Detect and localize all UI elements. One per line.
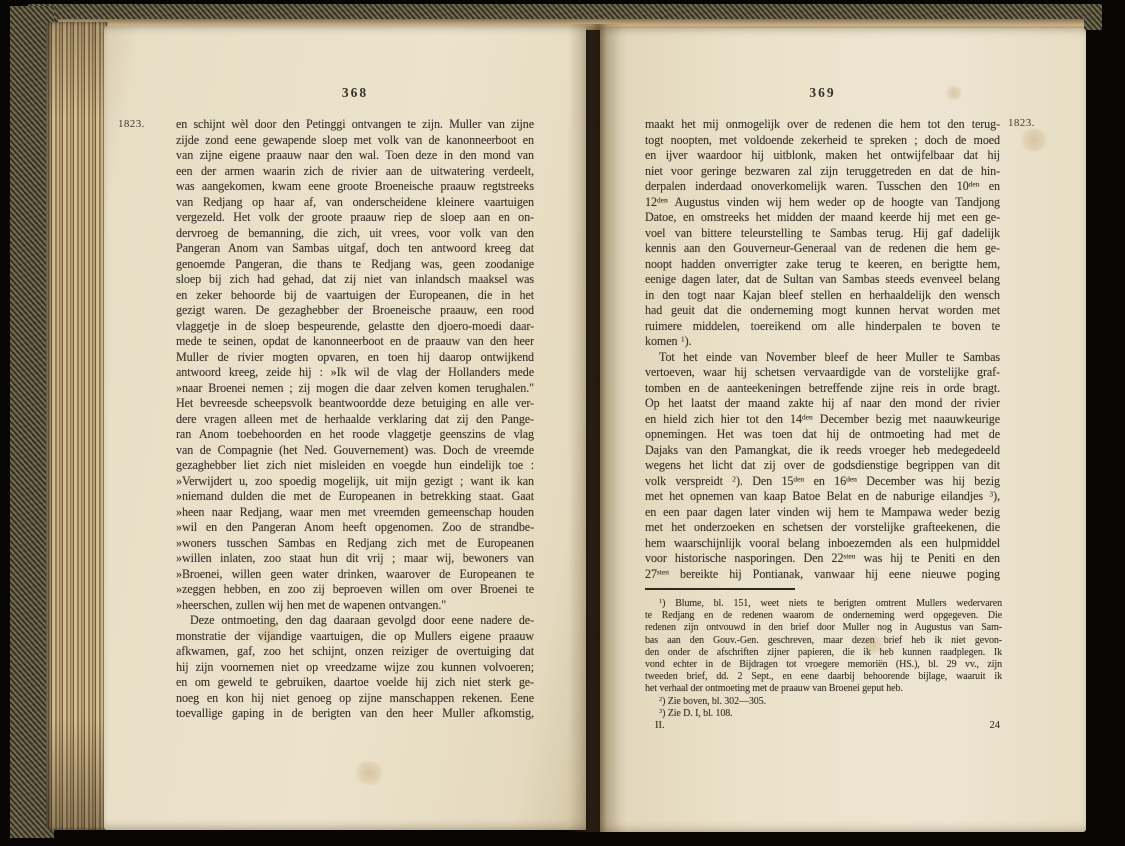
text-line: wegens het licht dat zij over de godsdie…	[645, 458, 1000, 474]
text-line: had geuit dat die onderneming mogt kunne…	[645, 303, 1000, 319]
text-line: Datoe, en omstreeks het midden der maand…	[645, 210, 1000, 226]
text-line: antwoord kreeg, zeide hij : »Ik wil de v…	[176, 365, 534, 381]
text-line: in den togt naar Kajan bleef stellen en …	[645, 288, 1000, 304]
text-line: en zeker behoorde bij de vaartuigen der …	[176, 288, 534, 304]
foxing-spot	[354, 761, 384, 785]
text-line: voor historische nasporingen. Den 22sten…	[645, 551, 1000, 567]
footnote-line: te Redjang en de redenen waarom de onder…	[645, 610, 1002, 622]
text-line: was aangekomen, kwam eene groote Broenei…	[176, 179, 534, 195]
text-line: ran Anom toebehoorden en het roode vlagg…	[176, 427, 534, 443]
text-line: eenige dagen later, dat de Sultan van Sa…	[645, 272, 1000, 288]
text-line: en een paar dagen later vinden wij hem t…	[645, 505, 1000, 521]
footnote-line: vond echter in de Bijdragen tot vroegere…	[645, 659, 1002, 671]
margin-year-right: 1823.	[1008, 117, 1035, 129]
text-line: komen 1).	[645, 334, 1000, 350]
text-line: kennis aan den Gouverneur-Generaal van d…	[645, 241, 1000, 257]
text-line: sloep bij zich had gehad, dat zij niet v…	[176, 272, 534, 288]
text-line: Tot het einde van November bleef de heer…	[645, 350, 1000, 366]
text-line: afkwamen, gaf, zoo het schijnt, onzen re…	[176, 644, 534, 660]
text-line: Pangeran Anom van Sambas uitgaf, doch te…	[176, 241, 534, 257]
margin-year-left: 1823.	[118, 118, 145, 130]
text-line: »woners tusschen Sambas en Redjang zich …	[176, 536, 534, 552]
text-line: van de Compagnie (het Ned. Gouvernement)…	[176, 443, 534, 459]
text-line: »Verwijdert u, zoo spoedig mogelijk, uit…	[176, 474, 534, 490]
text-line: vlaggetje in de sloep bespeurende, gelas…	[176, 319, 534, 335]
text-line: met het onderzoeken en schetsen der vors…	[645, 520, 1000, 536]
text-line: »heen naar Redjang, waar men met vreemde…	[176, 505, 534, 521]
text-line: van Redjang op haar af, van onderscheide…	[176, 195, 534, 211]
text-line: hem waarschijnlijk vooral belang inboeze…	[645, 536, 1000, 552]
text-line: en hield zich hier tot den 14den Decembe…	[645, 412, 1000, 428]
foxing-spot	[1020, 128, 1048, 152]
text-line: Deze ontmoeting, den dag daaraan gevolgd…	[176, 613, 534, 629]
text-line: en schijnt wèl door den Petinggi ontvang…	[176, 117, 534, 133]
footnote-line: tweeden brief, dd. 2 Sept., en eene daar…	[645, 671, 1002, 683]
text-line: 27sten bereikte hij Pontianak, vanwaar h…	[645, 567, 1000, 583]
footnotes-right: 1) Blume, bl. 151, weet niets te berigte…	[645, 598, 1002, 720]
text-line: zijde zond eene gewapende sloep met volk…	[176, 133, 534, 149]
text-line: opnemingen. Het was toen dat hij de ontm…	[645, 427, 1000, 443]
text-line: ruimere middelen, toereikend om alle hin…	[645, 319, 1000, 335]
text-line: noeg en kon hij niet genoeg op zijne man…	[176, 691, 534, 707]
footnote-line: redenen zijn ontvouwd in den brief door …	[645, 622, 1002, 634]
footnote-line: 3) Zie D. I, bl. 108.	[645, 708, 1002, 720]
signature-mark: II.	[645, 720, 665, 731]
text-line: »heerschen, zullen wij hen met de wapene…	[176, 598, 534, 614]
text-line: »willen inlaten, zoo staat hun dit vrij …	[176, 551, 534, 567]
text-line: en ijver waardoor hij uitblonk, maken he…	[645, 148, 1000, 164]
text-line: »Broenei, willen geen water drinken, waa…	[176, 567, 534, 583]
text-line: dere vragen alleen met de herhaalde verk…	[176, 412, 534, 428]
text-line: hij zijn voornemen niet op vreedzame wij…	[176, 660, 534, 676]
text-line: van zijne eigene praauw naar den wal. To…	[176, 148, 534, 164]
photograph-background: 368 1823. en schijnt wèl door den Peting…	[0, 0, 1125, 846]
text-line: tomben en de aanteekeningen betreffende …	[645, 381, 1000, 397]
page-number-left: 368	[176, 85, 534, 101]
text-line: Dajaks van den Pamangkat, die ik reeds v…	[645, 443, 1000, 459]
text-line: Op het laatst der maand zakte hij af naa…	[645, 396, 1000, 412]
footnote-line: 2) Zie boven, bl. 302—305.	[645, 696, 1002, 708]
text-line: »naar Broenei nemen ; zij mogen die daar…	[176, 381, 534, 397]
text-line: vertoeven, waar hij schetsen vervaardigd…	[645, 365, 1000, 381]
page-number-right: 369	[645, 85, 1000, 101]
book-page-right: 369 1823. maakt het mij onmogelijk over …	[600, 28, 1086, 832]
footnote-line: 1) Blume, bl. 151, weet niets te berigte…	[645, 598, 1002, 610]
book-fore-edge-pages	[46, 22, 108, 830]
text-line: »niemand dulden die met de Europeanen in…	[176, 489, 534, 505]
footnote-rule	[645, 588, 795, 590]
footnote-line: het verhaal der ontmoeting met de praauw…	[645, 683, 1002, 695]
body-text-left: en schijnt wèl door den Petinggi ontvang…	[176, 117, 534, 722]
text-line: mede te seinen, opdat de kanonneerboot e…	[176, 334, 534, 350]
text-line: en om geweld te gebruiken, daartoe voeld…	[176, 675, 534, 691]
text-line: een der armen waarin zich de rivier aan …	[176, 164, 534, 180]
text-line: Muller de rivier mogten opvaren, en toen…	[176, 350, 534, 366]
text-line: togt noopten, met voldoende zekerheid te…	[645, 133, 1000, 149]
body-text-right: maakt het mij onmogelijk over de redenen…	[645, 117, 1000, 582]
text-line: »wil en den Pangeran Anom heeft opgenome…	[176, 520, 534, 536]
text-line: niet voor geringe bezwaren zal zijn teru…	[645, 164, 1000, 180]
book-page-left: 368 1823. en schijnt wèl door den Peting…	[104, 26, 586, 830]
text-line: maakt het mij onmogelijk over de redenen…	[645, 117, 1000, 133]
text-line: vergezeld. Het volk der groote praauw ri…	[176, 210, 534, 226]
footnote-line: bas aan den Gouv.-Gen. geschreven, maar …	[645, 635, 1002, 647]
text-line: genoemde Pangeran, die thans te Redjang …	[176, 257, 534, 273]
text-line: »zeggen hebben, en zoo zij beproeven wil…	[176, 582, 534, 598]
text-line: monstratie der vijandige vaartuigen, die…	[176, 629, 534, 645]
text-line: volk verspreidt 2). Den 15den en 16den D…	[645, 474, 1000, 490]
text-line: gezigt waren. De gezaghebber der Broenei…	[176, 303, 534, 319]
footnote-line: den onder de afschriften zijner papieren…	[645, 647, 1002, 659]
text-line: derpalen inderdaad onoverkomelijk waren.…	[645, 179, 1000, 195]
text-line: 12den Augustus vinden wij hem weder op d…	[645, 195, 1000, 211]
text-line: noopt hadden onverrigter zake terug te k…	[645, 257, 1000, 273]
text-line: Het bevreesde scheepsvolk beantwoordde d…	[176, 396, 534, 412]
signature-row: II. 24	[645, 720, 1000, 731]
text-line: met het opnemen van kaap Batoe Belat en …	[645, 489, 1000, 505]
text-line: dervroeg de bemanning, die zich, uit vre…	[176, 226, 534, 242]
text-line: gezaghebber liet zich niet misleiden en …	[176, 458, 534, 474]
text-line: toevallige gaping in de berigten van den…	[176, 706, 534, 722]
press-figure: 24	[990, 720, 1001, 731]
text-line: voel van bittere teleurstelling te Samba…	[645, 226, 1000, 242]
